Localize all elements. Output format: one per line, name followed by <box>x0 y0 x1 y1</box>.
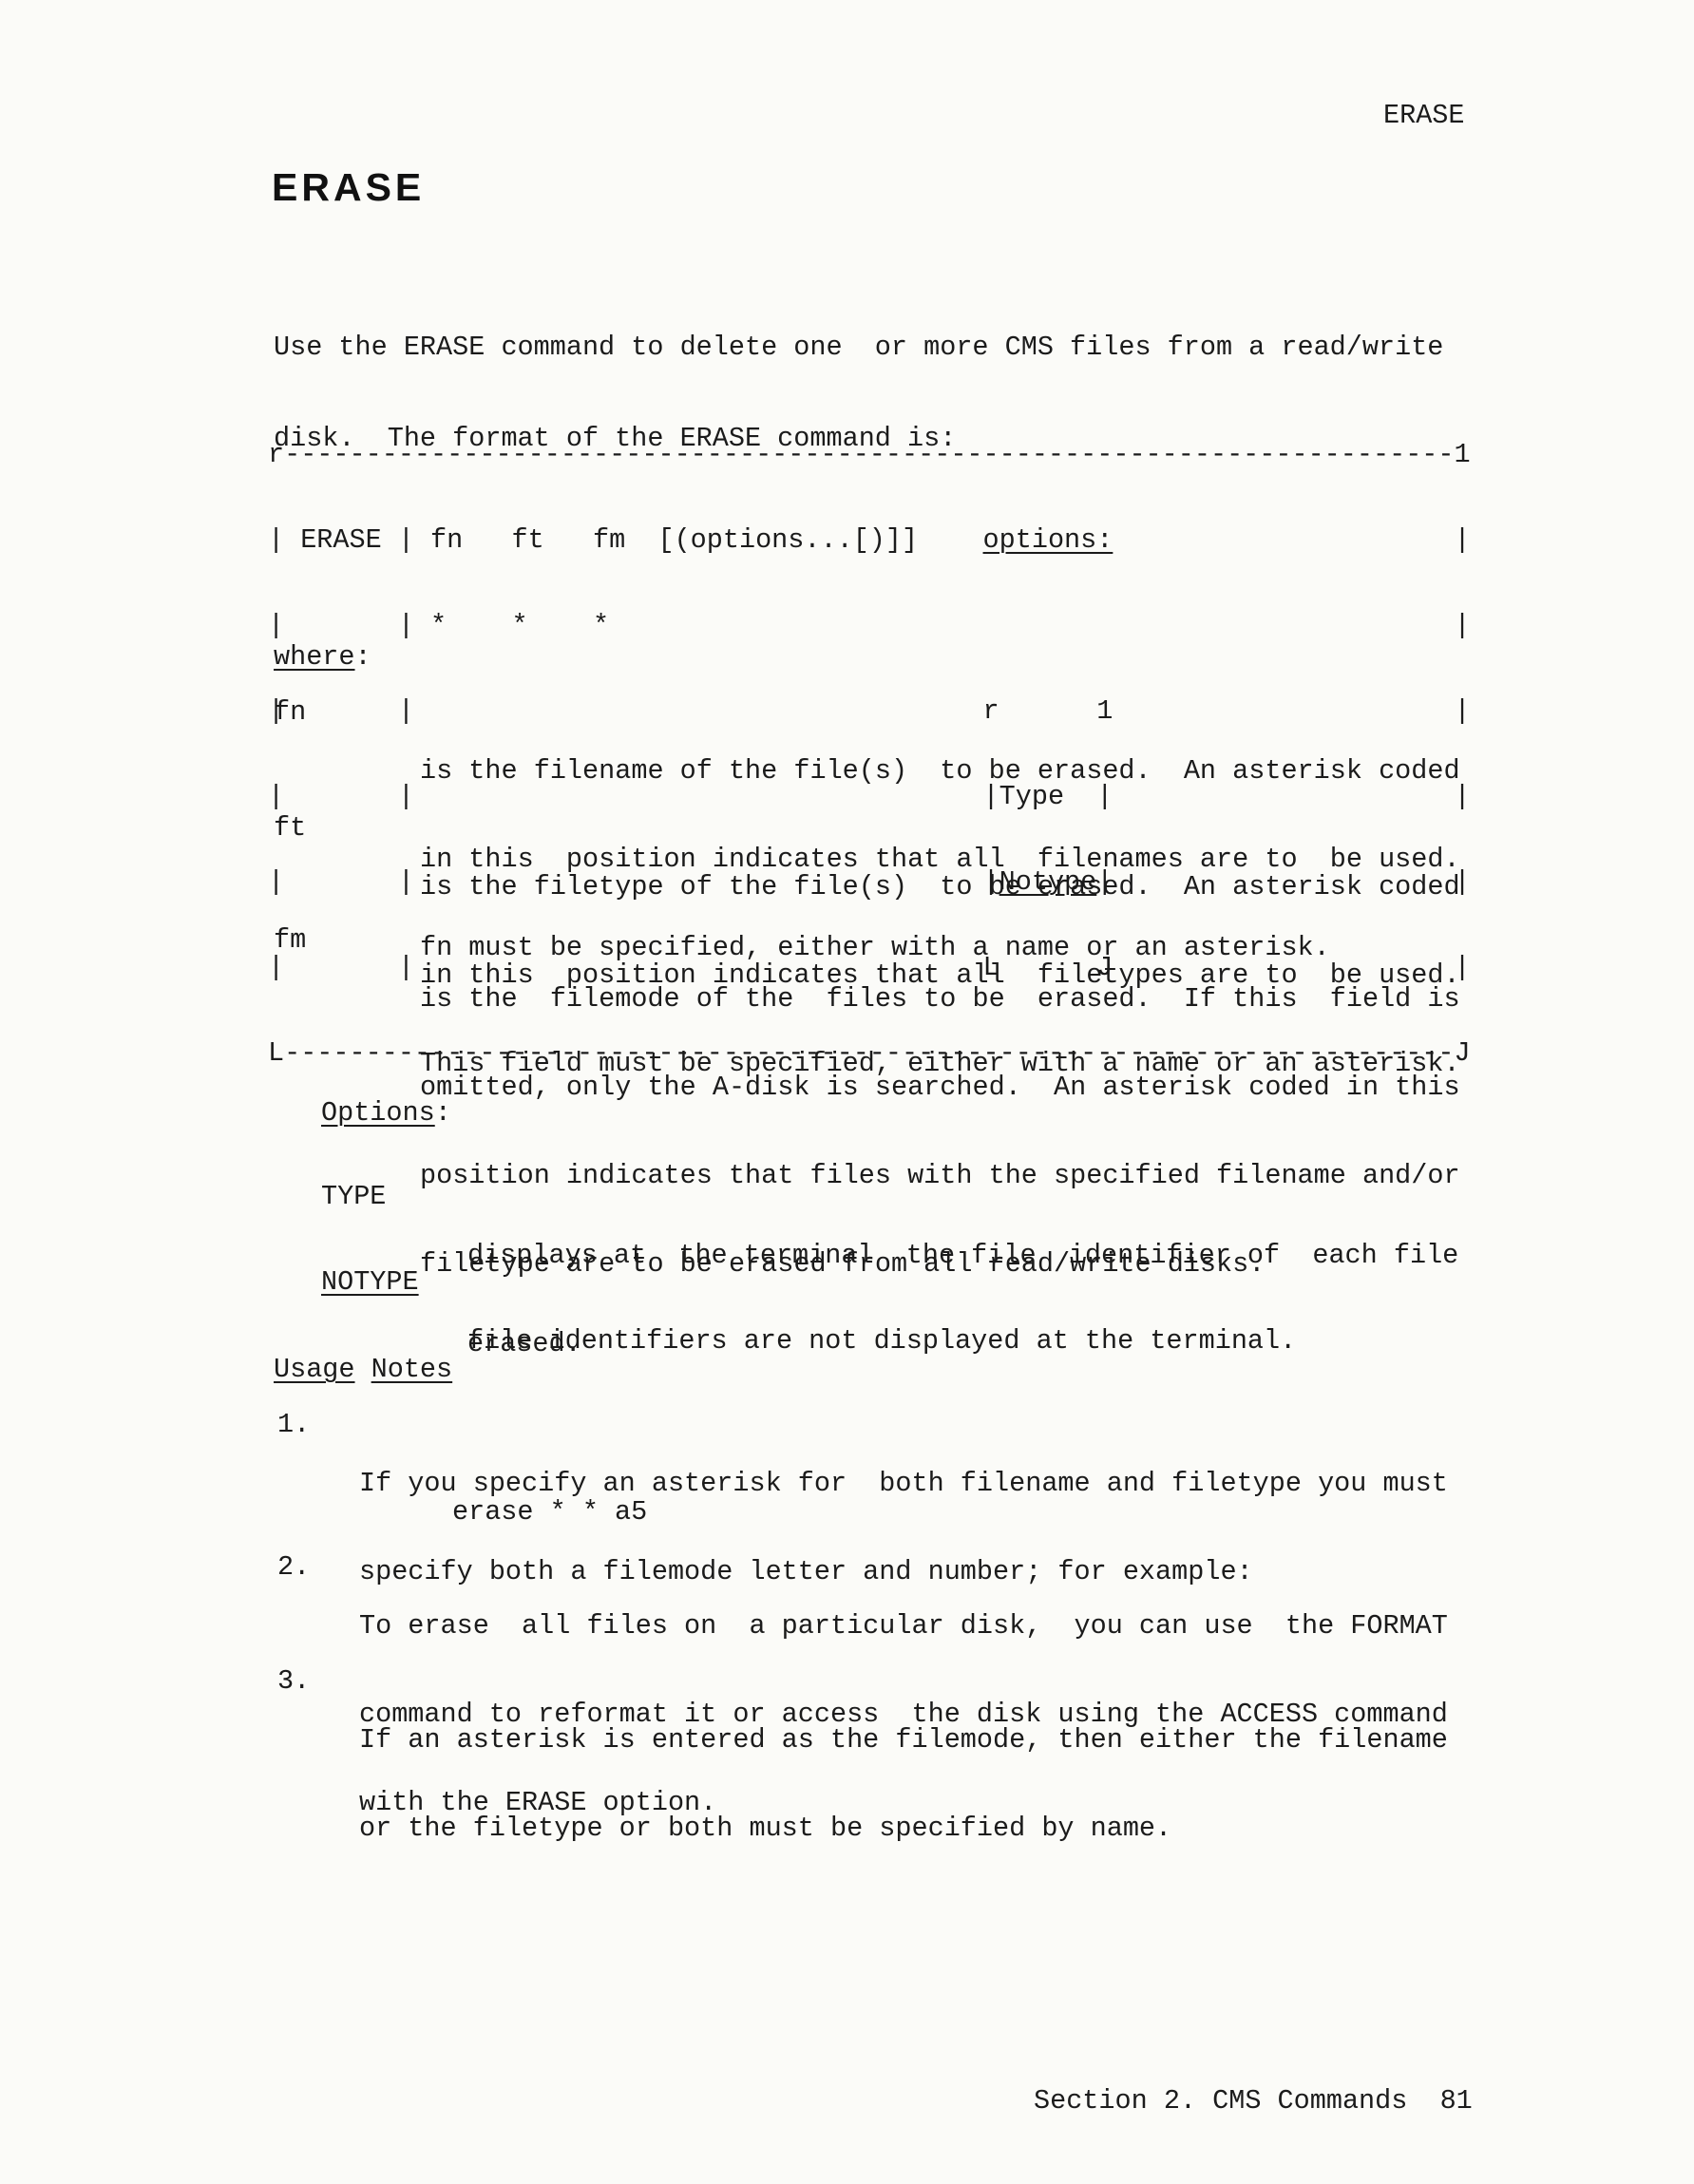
syntax-row1-pre: | ERASE | fn ft fm [(options...[)]] <box>268 524 983 556</box>
syntax-row1-post: | <box>1113 524 1470 556</box>
syntax-row-command: | ERASE | fn ft fm [(options...[)]] opti… <box>268 526 1471 555</box>
option-notype: NOTYPE file identifiers are not displaye… <box>321 1267 1296 1415</box>
note-3-number: 3. <box>277 1666 359 1902</box>
page-footer: Section 2. CMS Commands 81 <box>1034 2086 1473 2116</box>
usage-word: Usage <box>274 1354 355 1385</box>
usage-notes-heading: Usage Notes <box>274 1355 452 1384</box>
option-notype-line-1: file identifiers are not displayed at th… <box>467 1326 1296 1356</box>
scanned-manual-page: ERASE ERASE Use the ERASE command to del… <box>0 0 1694 2184</box>
option-type-line-1: displays at the terminal the file identi… <box>467 1241 1458 1270</box>
intro-line-1: Use the ERASE command to delete one or m… <box>274 332 1443 363</box>
options-heading-colon: : <box>435 1097 451 1129</box>
note-3-line-2: or the filetype or both must be specifie… <box>359 1814 1448 1843</box>
param-fn-line-1: is the filename of the file(s) to be era… <box>420 756 1460 786</box>
options-heading-word: Options <box>321 1097 435 1129</box>
usage-space <box>355 1354 371 1385</box>
example-command: erase * * a5 <box>452 1497 647 1527</box>
option-notype-description: file identifiers are not displayed at th… <box>467 1267 1296 1415</box>
note-2-line-1: To erase all files on a particular disk,… <box>359 1611 1448 1641</box>
note-3-text: If an asterisk is entered as the filemod… <box>359 1666 1448 1902</box>
option-notype-label: NOTYPE <box>321 1267 467 1415</box>
usage-note-3: 3. If an asterisk is entered as the file… <box>277 1666 1448 1902</box>
syntax-border-top: r---------------------------------------… <box>268 441 1471 469</box>
notes-word: Notes <box>371 1354 453 1385</box>
running-header: ERASE <box>1383 101 1465 130</box>
param-ft-line-1: is the filetype of the file(s) to be era… <box>420 872 1460 902</box>
where-word: where <box>274 641 355 673</box>
options-heading: Options: <box>321 1098 451 1128</box>
page-title: ERASE <box>272 173 425 202</box>
param-fm-line-1: is the filemode of the files to be erase… <box>420 984 1460 1014</box>
syntax-row-asterisks: | | * * * | <box>268 612 1471 640</box>
note-1-line-1: If you specify an asterisk for both file… <box>359 1469 1448 1498</box>
where-label: where: <box>274 642 371 672</box>
param-fm-line-2: omitted, only the A-disk is searched. An… <box>420 1073 1460 1102</box>
where-colon: : <box>355 641 371 673</box>
syntax-options-label: options: <box>983 524 1113 556</box>
note-3-line-1: If an asterisk is entered as the filemod… <box>359 1725 1448 1755</box>
